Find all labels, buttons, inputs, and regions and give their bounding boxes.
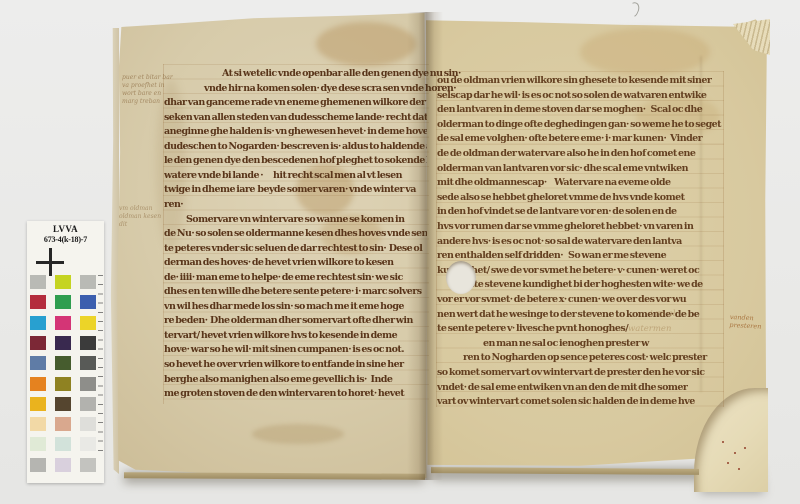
color-swatch bbox=[55, 397, 71, 411]
manuscript-line: dhes en ten wille dhe betere sente peter… bbox=[164, 285, 427, 299]
speck bbox=[744, 447, 746, 449]
margin-note-line: marg treban bbox=[122, 98, 160, 105]
color-swatch bbox=[80, 417, 96, 431]
faded-ink-fragment: watermen bbox=[628, 324, 671, 334]
color-swatch bbox=[55, 356, 71, 370]
margin-note-line: va proefhet in bbox=[122, 82, 164, 89]
manuscript-line: tervart/ hevet vrien wilkore hvs to kese… bbox=[164, 329, 427, 343]
color-swatch bbox=[80, 356, 96, 370]
manuscript-line: olderman to dinge ofte deghedingen gan· … bbox=[437, 118, 723, 132]
manuscript-line: re beden· Dhe olderman dher somervart of… bbox=[164, 314, 427, 328]
color-swatch bbox=[55, 275, 71, 289]
manuscript-line: twige in dheme iare beyde somer varen· v… bbox=[164, 183, 427, 197]
stain bbox=[580, 28, 710, 76]
manuscript-line: so komet somervart ov wintervart de pres… bbox=[437, 366, 723, 380]
manuscript-line: de Nu· so solen se oldermanne kesen dhes… bbox=[164, 227, 427, 241]
ruler-scale bbox=[98, 275, 103, 459]
speck bbox=[722, 441, 724, 443]
manuscript-line: sede also se hebbet gheloret vmme de hvs… bbox=[437, 191, 723, 205]
color-swatch-row bbox=[30, 397, 100, 411]
color-swatch bbox=[80, 275, 96, 289]
manuscript-line: derman des hoves· de hevet vrien wilkore… bbox=[164, 256, 427, 270]
color-swatch bbox=[80, 397, 96, 411]
color-swatch bbox=[30, 356, 46, 370]
color-swatch bbox=[30, 336, 46, 350]
manuscript-line: so hevet he over vrien wilkore to entfan… bbox=[164, 358, 427, 372]
left-text-block: At si wetelic vnde openbar alle den gene… bbox=[164, 67, 427, 411]
margin-note-line: presteren bbox=[729, 321, 761, 331]
faded-ink-fragment: i rn al bbox=[650, 309, 675, 319]
color-swatch bbox=[30, 316, 46, 330]
color-swatch-row bbox=[30, 356, 100, 370]
stain bbox=[316, 22, 416, 66]
manuscript-line: en man ne sal oc ienoghen prester w bbox=[437, 337, 769, 351]
manuscript-line: itte stevene kundighet bi der hoghesten … bbox=[437, 278, 753, 292]
color-swatch bbox=[55, 377, 71, 391]
erased-text-smudge bbox=[252, 424, 344, 444]
manuscript-line: me groten stoven de den wintervaren to h… bbox=[164, 387, 427, 401]
color-swatch bbox=[55, 336, 71, 350]
manuscript-line: seken van allen steden van dudesscheme l… bbox=[164, 111, 427, 125]
color-swatch bbox=[30, 397, 46, 411]
manuscript-line: hvs vor rumen dar se vmme gheloret hebbe… bbox=[437, 220, 723, 234]
manuscript-line: dhar van ganceme rade vn eneme ghemenen … bbox=[164, 96, 427, 110]
manuscript-line: selscap dar he wil· is es oc not so sole… bbox=[437, 89, 723, 103]
color-swatch-row bbox=[30, 417, 100, 431]
manuscript-line: vndet· de sal eme entwiken vn an den de … bbox=[437, 381, 723, 395]
color-swatch-row bbox=[30, 275, 100, 289]
margin-note-line: wort bare en bbox=[122, 90, 161, 97]
binding-thread-icon bbox=[625, 0, 641, 18]
manuscript-line: dudeschen to Nogarden· bescreven is· ald… bbox=[164, 140, 427, 154]
color-swatch bbox=[80, 336, 96, 350]
color-swatch bbox=[30, 295, 46, 309]
manuscript-line: ou de oldman vrien wilkore sin ghesete t… bbox=[437, 74, 723, 88]
color-swatch bbox=[30, 377, 46, 391]
photo-background: At si wetelic vnde openbar alle den gene… bbox=[0, 0, 800, 504]
manuscript-line: vor er vor svmet· de betere x· cunen· we… bbox=[437, 293, 723, 307]
manuscript-line: in den hof vindet se de lantvare vor en·… bbox=[437, 205, 723, 219]
manuscript-line: ren to Nogharden op sence peteres cost· … bbox=[437, 351, 749, 365]
manuscript-line: nen wert dat he wesinge to der stevene t… bbox=[437, 308, 723, 322]
manuscript-line: le den genen dye den bescedenen hof pleg… bbox=[164, 154, 427, 168]
archive-code-label: 673-4(k-18)-7 bbox=[27, 235, 104, 245]
color-swatch bbox=[55, 295, 71, 309]
manuscript-line: olderman van lantvaren vor sic· dhe scal… bbox=[437, 162, 723, 176]
archive-name-label: LVVA bbox=[27, 224, 104, 234]
manuscript-line: te sente petere v· livesche pvnt honoghe… bbox=[437, 322, 723, 336]
color-swatch bbox=[55, 437, 71, 451]
manuscript-line: watere vnde bi lande · hit recht scal me… bbox=[164, 169, 427, 183]
color-swatch bbox=[80, 377, 96, 391]
color-swatch bbox=[30, 458, 46, 472]
manuscript-line: mit dhe oldmannescap· Watervare na eveme… bbox=[437, 176, 723, 190]
color-swatch bbox=[55, 458, 71, 472]
color-swatch-row bbox=[30, 295, 100, 309]
color-swatch bbox=[80, 458, 96, 472]
color-swatch-row bbox=[30, 336, 100, 350]
manuscript-line: vn wil hes dhar mede los sin· so mach me… bbox=[164, 300, 427, 314]
parchment-hole bbox=[446, 261, 476, 294]
manuscript-line: de· iiii· man eme to helpe· de eme recht… bbox=[164, 271, 427, 285]
color-swatch bbox=[55, 316, 71, 330]
color-swatch-row bbox=[30, 458, 100, 472]
manuscript-line: den lantvaren in deme stoven dar se mogh… bbox=[437, 103, 723, 117]
manuscript-line: andere hvs· is es oc not· so sal de wate… bbox=[437, 235, 723, 249]
calibration-crosshair-icon bbox=[49, 248, 52, 276]
color-swatch bbox=[55, 417, 71, 431]
color-swatch bbox=[30, 275, 46, 289]
color-swatch-grid bbox=[30, 275, 100, 475]
manuscript-line: aneginne ghe halden is· vn ghewesen heve… bbox=[164, 125, 427, 139]
color-calibration-card: LVVA 673-4(k-18)-7 bbox=[27, 221, 104, 483]
manuscript-line: hove· war so he wil· mit sinen cumpanen·… bbox=[164, 343, 427, 357]
color-swatch bbox=[80, 316, 96, 330]
manuscript-line: de sal eme volghen· ofte betere eme· i· … bbox=[437, 132, 723, 146]
margin-note-line: puer et bitar bar bbox=[122, 74, 173, 81]
manuscript-line: ren· bbox=[164, 198, 427, 212]
margin-note-line: vm oldman bbox=[119, 205, 153, 212]
manuscript-line: ren enthalden self dridden· So wan er me… bbox=[437, 249, 723, 263]
color-swatch-row bbox=[30, 377, 100, 391]
gutter-shadow bbox=[407, 12, 443, 480]
manuscript-line: kundighet/ swe de vor svmet he betere· v… bbox=[437, 264, 723, 278]
color-swatch-row bbox=[30, 437, 100, 451]
leaf-fore-edge bbox=[110, 28, 119, 474]
margin-note-line: oldman kesen bbox=[119, 213, 161, 220]
manuscript-line: vart ov wintervart comet solen sic halde… bbox=[437, 395, 723, 409]
color-swatch bbox=[30, 437, 46, 451]
manuscript-line: berghe also manighen also eme gevellich … bbox=[164, 373, 427, 387]
color-swatch bbox=[80, 295, 96, 309]
margin-note-line: dit bbox=[119, 221, 127, 228]
speck bbox=[734, 452, 736, 454]
speck bbox=[727, 462, 729, 464]
manuscript-line: te peteres vnder sic seluen de dar recht… bbox=[164, 242, 427, 256]
manuscript-line: de de oldman der watervare also he in de… bbox=[437, 147, 723, 161]
color-swatch bbox=[30, 417, 46, 431]
color-swatch-row bbox=[30, 316, 100, 330]
right-text-block: ou de oldman vrien wilkore sin ghesete t… bbox=[437, 74, 723, 414]
color-swatch bbox=[80, 437, 96, 451]
speck bbox=[738, 468, 740, 470]
